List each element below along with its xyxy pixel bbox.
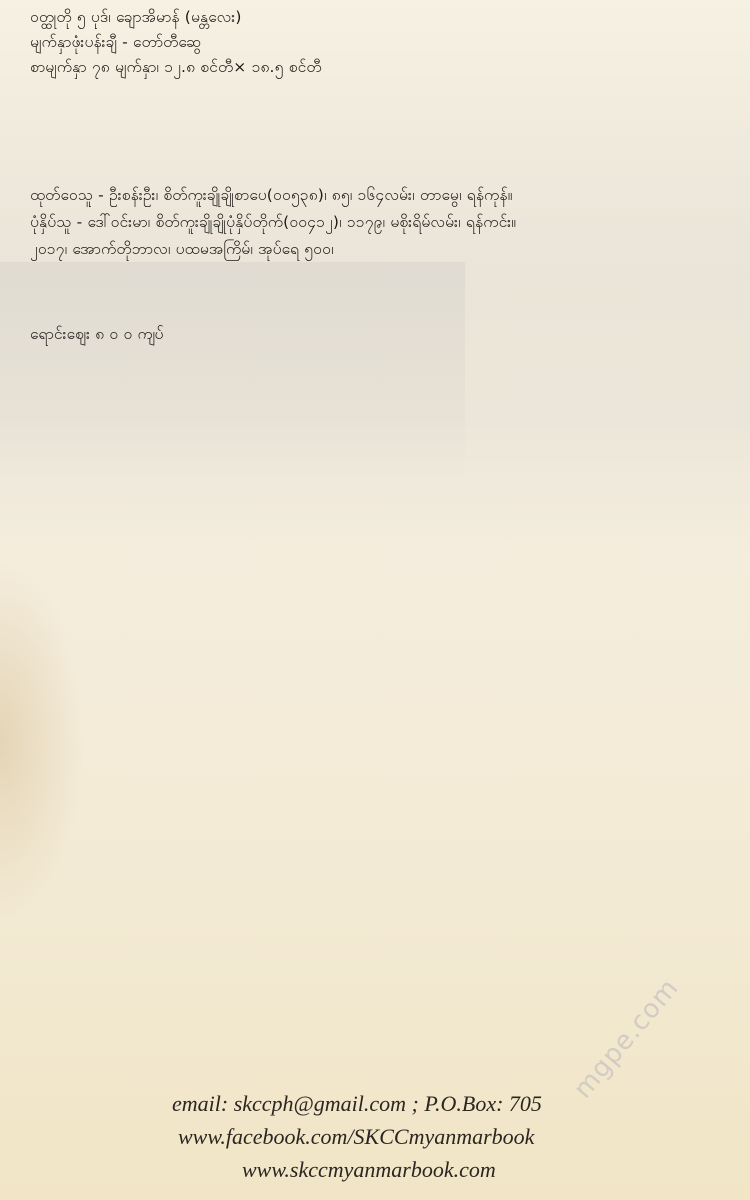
edition-line: ၂၀၁၇၊ အောက်တိုဘာလ၊ ပထမအကြိမ်၊ အုပ်ရေ ၅၀၀… (30, 236, 516, 263)
publication-block: ထုတ်ဝေသူ - ဦးစန်းဦး၊ စိတ်ကူးချိုချိုစာပေ… (30, 182, 516, 263)
cover-designer-line: မျက်နှာဖုံးပန်းချီ - တော်တီဆွေ (30, 30, 322, 55)
printer-line: ပုံနှိပ်သူ - ဒေါ်ဝင်းမာ၊ စိတ်ကူးချိုချို… (30, 209, 516, 236)
email-line: email: skccph@gmail.com ; P.O.Box: 705 (158, 1087, 718, 1120)
publisher-line: ထုတ်ဝေသူ - ဦးစန်းဦး၊ စိတ်ကူးချိုချိုစာပေ… (30, 182, 516, 209)
book-title-line: ဝတ္ထုတို ၅ ပုဒ်၊ ချောအိမာန် (မန္တလေး) (30, 5, 322, 30)
contact-footer: email: skccph@gmail.com ; P.O.Box: 705 w… (160, 1087, 720, 1186)
book-imprint-page: ဝတ္ထုတို ၅ ပုဒ်၊ ချောအိမာန် (မန္တလေး) မျ… (0, 0, 750, 1200)
price-line: ရောင်းဈေး ၈ ၀ ၀ ကျပ် (30, 322, 164, 347)
website-link: www.skccmyanmarbook.com (160, 1153, 720, 1186)
format-line: စာမျက်နှာ ၇၈ မျက်နှာ၊ ၁၂.၈ စင်တီ× ၁၈.၅ စ… (30, 55, 322, 80)
price-block: ရောင်းဈေး ၈ ၀ ၀ ကျပ် (30, 322, 164, 347)
watermark: mgpe.com (568, 973, 685, 1104)
facebook-link: www.facebook.com/SKCCmyanmarbook (160, 1120, 720, 1153)
imprint-block: ဝတ္ထုတို ၅ ပုဒ်၊ ချောအိမာန် (မန္တလေး) မျ… (30, 5, 322, 80)
scan-shadow-band (0, 262, 465, 482)
